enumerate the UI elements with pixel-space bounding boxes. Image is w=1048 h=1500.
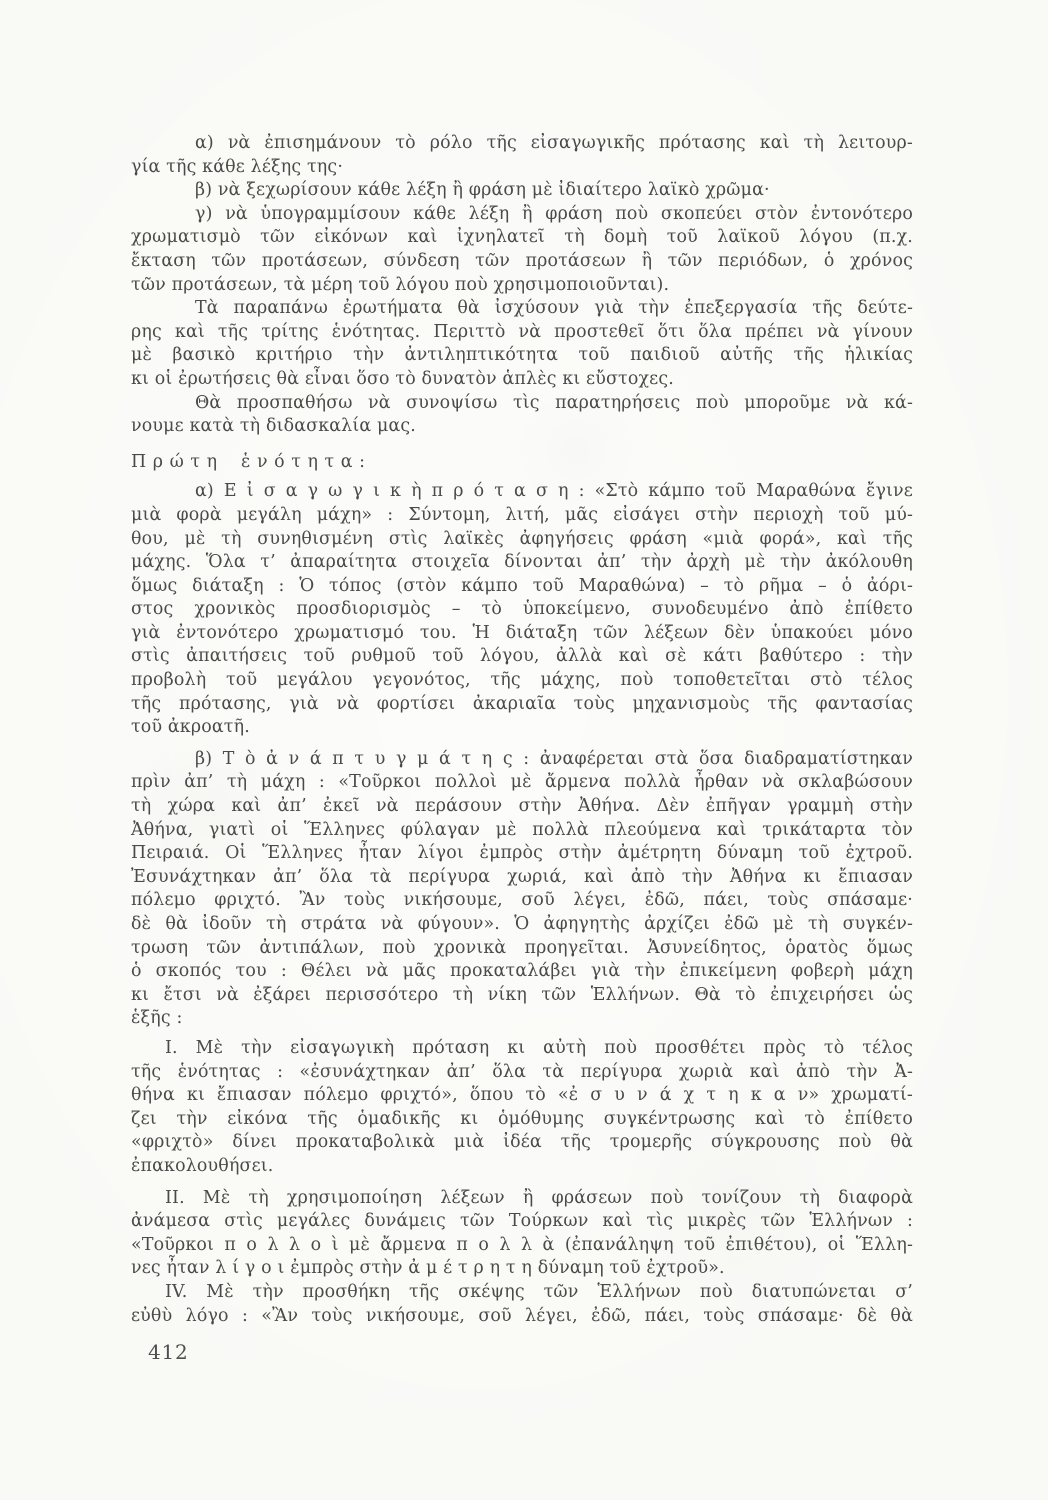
text-line: β) νὰ ξεχωρίσουν κάθε λέξη ἢ φράση μὲ ἰδ… (131, 179, 913, 203)
text-line: γιὰ ἐντονότερο χρωματισμό του. Ἡ διάταξη… (131, 622, 913, 646)
text-line: κι οἱ ἐρωτήσεις θὰ εἶναι ὅσο τὸ δυνατὸν … (131, 368, 913, 392)
paragraph-item-II: II. Μὲ τὴ χρησιμοποίηση λέξεων ἢ φράσεων… (131, 1187, 913, 1281)
text-line: β) Τ ὸ ἀ ν ά π τ υ γ μ ά τ η ς : ἀναφέρε… (131, 748, 913, 772)
text-line: πόλεμο φριχτό. Ἂν τοὺς νικήσουμε, σοῦ λέ… (131, 889, 913, 913)
text-line: τὴ χώρα καὶ ἀπ’ ἐκεῖ νὰ περάσουν στὴν Ἀθ… (131, 795, 913, 819)
text-line: προβολὴ τοῦ μεγάλου γεγονότος, τῆς μάχης… (131, 669, 913, 693)
paragraph-alpha-list: α) νὰ ἐπισημάνουν τὸ ρόλο τῆς εἰσαγωγικῆ… (131, 132, 913, 179)
paragraph-item-IV: IV. Μὲ τὴν προσθήκη τῆς σκέψης τῶν Ἑλλήν… (131, 1281, 913, 1328)
text-line: Πειραιά. Οἱ Ἕλληνες ἦταν λίγοι ἐμπρὸς στ… (131, 842, 913, 866)
section-heading-first-unit: Πρώτη ἑνότητα: (131, 451, 913, 475)
text-line: νες ἦταν λ ί γ ο ι ἐμπρὸς στὴν ἀ μ έ τ ρ… (131, 1257, 913, 1281)
text-line: θήνα κι ἔπιασαν πόλεμο φριχτό», ὅπου τὸ … (131, 1084, 913, 1108)
text-line: «φριχτὸ» δίνει προκαταβολικὰ μιὰ ἰδέα τῆ… (131, 1131, 913, 1155)
text-line: ἀνάμεσα στὶς μεγάλες δυνάμεις τῶν Τούρκω… (131, 1210, 913, 1234)
text-line: τῶν προτάσεων, τὰ μέρη τοῦ λόγου ποὺ χρη… (131, 274, 913, 298)
text-line: Πρώτη ἑνότητα: (131, 451, 913, 475)
text-line: Ἀθήνα, γιατὶ οἱ Ἕλληνες φύλαγαν μὲ πολλὰ… (131, 819, 913, 843)
scanned-page: α) νὰ ἐπισημάνουν τὸ ρόλο τῆς εἰσαγωγικῆ… (0, 0, 1048, 1500)
paragraph-introductory-sentence: α) Ε ἰ σ α γ ω γ ι κ ὴ π ρ ό τ α σ η : «… (131, 480, 913, 740)
text-line: «Τοῦρκοι π ο λ λ ο ὶ μὲ ἄρμενα π ο λ λ ὰ… (131, 1234, 913, 1258)
text-line: ζει τὴν εἰκόνα τῆς ὁμαδικῆς κι ὁμόθυμης … (131, 1108, 913, 1132)
text-line: τῆς ἑνότητας : «ἐσυνάχτηκαν ἀπ’ ὅλα τὰ π… (131, 1061, 913, 1085)
text-line: κι ἔτσι νὰ ἐξάρει περισσότερο τὴ νίκη τῶ… (131, 984, 913, 1008)
text-line: τοῦ ἀκροατῆ. (131, 716, 913, 740)
text-line: IV. Μὲ τὴν προσθήκη τῆς σκέψης τῶν Ἑλλήν… (131, 1281, 913, 1305)
text-line: Ἐσυνάχτηκαν ἀπ’ ὅλα τὰ περίγυρα χωριά, κ… (131, 866, 913, 890)
text-line: I. Μὲ τὴν εἰσαγωγικὴ πρόταση κι αὐτὴ ποὺ… (131, 1037, 913, 1061)
text-line: ἑξῆς : (131, 1007, 913, 1031)
text-line: α) νὰ ἐπισημάνουν τὸ ρόλο τῆς εἰσαγωγικῆ… (131, 132, 913, 156)
text-line: μάχης. Ὅλα τ’ ἀπαραίτητα στοιχεῖα δίνοντ… (131, 551, 913, 575)
text-line: ὁ σκοπός του : Θέλει νὰ μᾶς προκαταλάβει… (131, 960, 913, 984)
page-number: 412 (148, 1340, 189, 1364)
paragraph-questions-scope: Τὰ παραπάνω ἐρωτήματα θὰ ἰσχύσουν γιὰ τὴ… (131, 297, 913, 391)
paragraph-summary-intent: Θὰ προσπαθήσω νὰ συνοψίσω τὶς παρατηρήσε… (131, 392, 913, 439)
text-line: ἔκταση τῶν προτάσεων, σύνδεση τῶν προτάσ… (131, 250, 913, 274)
text-column: α) νὰ ἐπισημάνουν τὸ ρόλο τῆς εἰσαγωγικῆ… (131, 132, 913, 1328)
paragraph-item-I: I. Μὲ τὴν εἰσαγωγικὴ πρόταση κι αὐτὴ ποὺ… (131, 1037, 913, 1179)
text-line: τῆς πρότασης, γιὰ νὰ φορτίσει ἀκαριαῖα τ… (131, 693, 913, 717)
text-line: α) Ε ἰ σ α γ ω γ ι κ ὴ π ρ ό τ α σ η : «… (131, 480, 913, 504)
text-line: εὐθὺ λόγο : «Ἂν τοὺς νικήσουμε, σοῦ λέγε… (131, 1305, 913, 1329)
paragraph-beta-list: β) νὰ ξεχωρίσουν κάθε λέξη ἢ φράση μὲ ἰδ… (131, 179, 913, 203)
text-line: Θὰ προσπαθήσω νὰ συνοψίσω τὶς παρατηρήσε… (131, 392, 913, 416)
text-line: στὶς ἀπαιτήσεις τοῦ ρυθμοῦ τοῦ λόγου, ἀλ… (131, 645, 913, 669)
text-line: γ) νὰ ὑπογραμμίσουν κάθε λέξη ἢ φράση πο… (131, 203, 913, 227)
paragraph-gamma-list: γ) νὰ ὑπογραμμίσουν κάθε λέξη ἢ φράση πο… (131, 203, 913, 297)
text-line: ὅμως διάταξη : Ὁ τόπος (στὸν κάμπο τοῦ Μ… (131, 575, 913, 599)
text-line: χρωματισμὸ τῶν εἰκόνων καὶ ἰχνηλατεῖ τὴ … (131, 226, 913, 250)
text-line: στος χρονικὸς προσδιορισμὸς – τὸ ὑποκείμ… (131, 598, 913, 622)
text-line: τρωση τῶν ἀντιπάλων, ποὺ χρονικὰ προηγεῖ… (131, 937, 913, 961)
text-line: δὲ θὰ ἰδοῦν τὴ στράτα νὰ φύγουν». Ὁ ἀφηγ… (131, 913, 913, 937)
text-line: II. Μὲ τὴ χρησιμοποίηση λέξεων ἢ φράσεων… (131, 1187, 913, 1211)
text-line: ἐπακολουθήσει. (131, 1155, 913, 1179)
text-line: νουμε κατὰ τὴ διδασκαλία μας. (131, 415, 913, 439)
text-line: θου, μὲ τὴ συνηθισμένη στὶς λαϊκὲς ἀφηγή… (131, 528, 913, 552)
text-line: Τὰ παραπάνω ἐρωτήματα θὰ ἰσχύσουν γιὰ τὴ… (131, 297, 913, 321)
paragraph-development: β) Τ ὸ ἀ ν ά π τ υ γ μ ά τ η ς : ἀναφέρε… (131, 748, 913, 1031)
text-line: ρης καὶ τῆς τρίτης ἑνότητας. Περιττὸ νὰ … (131, 321, 913, 345)
text-line: μιὰ φορὰ μεγάλη μάχη» : Σύντομη, λιτή, μ… (131, 504, 913, 528)
text-line: μὲ βασικὸ κριτήριο τὴν ἀντιληπτικότητα τ… (131, 344, 913, 368)
text-line: γία τῆς κάθε λέξης της· (131, 156, 913, 180)
text-line: πρὶν ἀπ’ τὴ μάχη : «Τοῦρκοι πολλοὶ μὲ ἄρ… (131, 771, 913, 795)
